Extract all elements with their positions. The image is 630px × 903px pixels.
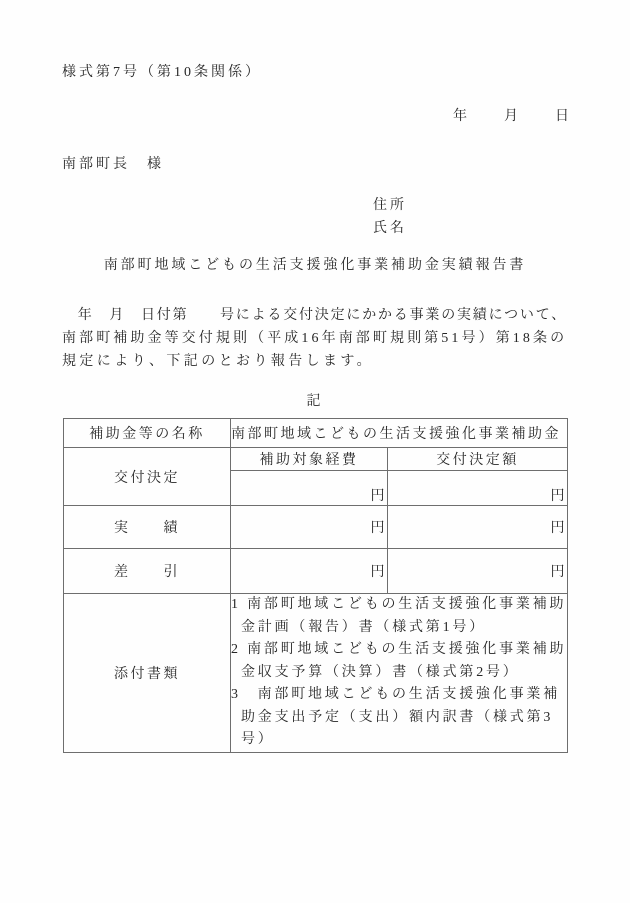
- attachment-item-2: 2 南部町地域こどもの生活支援強化事業補助金収支予算（決算）書（様式第2号）: [231, 639, 567, 684]
- table-row-subsidy-name: 補助金等の名称 南部町地域こどもの生活支援強化事業補助金: [64, 419, 568, 448]
- amount-header-cell: 交付決定額: [388, 448, 568, 471]
- table-row-result: 実 績 円 円: [64, 506, 568, 549]
- attachments-list-cell: 1 南部町地域こどもの生活支援強化事業補助金計画（報告）書（様式第1号） 2 南…: [231, 594, 568, 753]
- result-amount-yen-cell: 円: [388, 506, 568, 549]
- subsidy-name-label-cell: 補助金等の名称: [64, 419, 231, 448]
- attachment-item-3: 3 南部町地域こどもの生活支援強化事業補助金支出予定（支出）額内訳書（様式第3号…: [231, 684, 567, 752]
- table-row-attachments: 添付書類 1 南部町地域こどもの生活支援強化事業補助金計画（報告）書（様式第1号…: [64, 594, 568, 753]
- body-line-1: 年 月 日付第 号による交付決定にかかる事業の実績について、: [62, 304, 574, 327]
- grant-decision-label-cell: 交付決定: [64, 448, 231, 506]
- result-label-cell: 実 績: [64, 506, 231, 549]
- body-line-2: 南部町補助金等交付規則（平成16年南部町規則第51号）第18条の: [62, 327, 574, 350]
- difference-amount-yen-cell: 円: [388, 549, 568, 594]
- body-paragraph: 年 月 日付第 号による交付決定にかかる事業の実績について、 南部町補助金等交付…: [62, 304, 574, 373]
- report-table: 補助金等の名称 南部町地域こどもの生活支援強化事業補助金 交付決定 補助対象経費…: [63, 418, 568, 753]
- subsidy-name-value-cell: 南部町地域こどもの生活支援強化事業補助金: [231, 419, 568, 448]
- attachments-label-cell: 添付書類: [64, 594, 231, 753]
- form-number: 様式第7号（第10条関係）: [62, 63, 262, 83]
- address-label: 住所: [373, 196, 407, 216]
- expense-header-cell: 補助対象経費: [231, 448, 388, 471]
- body-line-3: 規定により、下記のとおり報告します。: [62, 350, 574, 373]
- document-title: 南部町地域こどもの生活支援強化事業補助金実績報告書: [0, 256, 630, 276]
- difference-label-cell: 差 引: [64, 549, 231, 594]
- attachment-item-1: 1 南部町地域こどもの生活支援強化事業補助金計画（報告）書（様式第1号）: [231, 594, 567, 639]
- document-page: 様式第7号（第10条関係） 年 月 日 南部町長 様 住所 氏名 南部町地域こど…: [0, 0, 630, 903]
- table-row-grant-decision-header: 交付決定 補助対象経費 交付決定額: [64, 448, 568, 471]
- grant-decision-amount-yen-cell: 円: [388, 471, 568, 506]
- difference-expense-yen-cell: 円: [231, 549, 388, 594]
- issue-date-line: 年 月 日: [453, 107, 572, 127]
- table-row-difference: 差 引 円 円: [64, 549, 568, 594]
- name-label: 氏名: [373, 219, 407, 239]
- grant-decision-expense-yen-cell: 円: [231, 471, 388, 506]
- addressee-line: 南部町長 様: [62, 155, 164, 175]
- result-expense-yen-cell: 円: [231, 506, 388, 549]
- ki-heading: 記: [0, 392, 630, 412]
